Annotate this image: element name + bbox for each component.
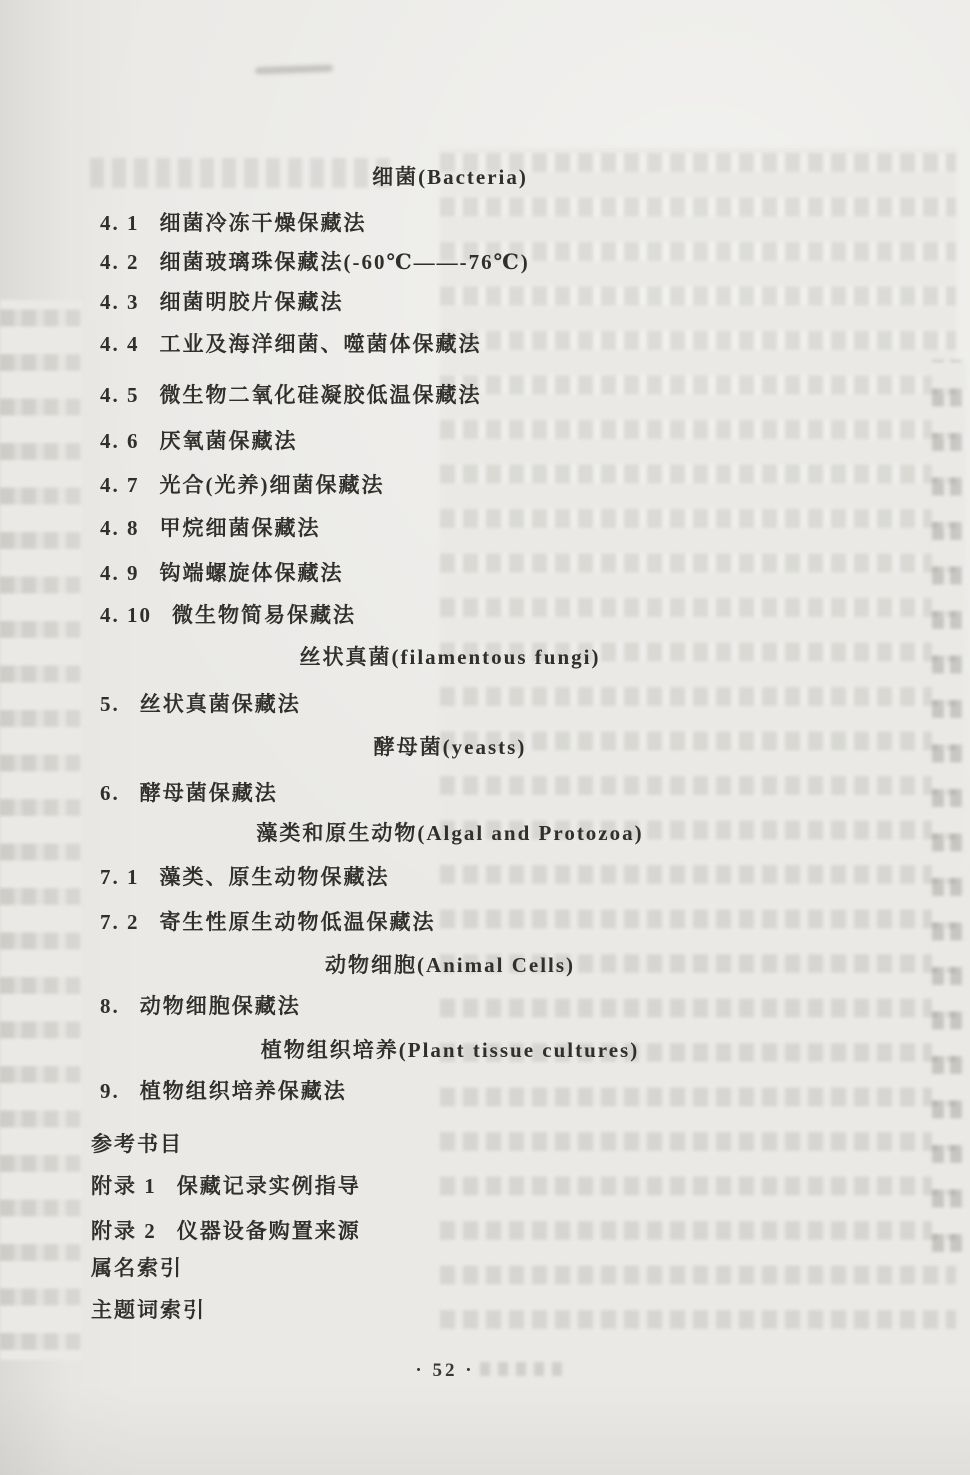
toc-item-4-4: 4. 4工业及海洋细菌、噬菌体保藏法 — [100, 331, 482, 357]
section-heading-plant-tissue: 植物组织培养(Plant tissue cultures) — [0, 1037, 900, 1063]
section-heading-bacteria: 细菌(Bacteria) — [0, 164, 900, 190]
item-label: 仪器设备购置来源 — [177, 1219, 361, 1243]
toc-item-references: 参考书目 — [91, 1131, 183, 1157]
toc-item-4-10: 4. 10微生物简易保藏法 — [100, 602, 356, 628]
toc-item-4-3: 4. 3细菌明胶片保藏法 — [100, 289, 344, 315]
item-number: 4. 5 — [100, 382, 140, 408]
toc-item-7-1: 7. 1藻类、原生动物保藏法 — [100, 864, 390, 890]
item-label: 寄生性原生动物低温保藏法 — [160, 910, 436, 934]
section-heading-algae-protozoa: 藻类和原生动物(Algal and Protozoa) — [0, 820, 900, 846]
toc-item-4-9: 4. 9钩端螺旋体保藏法 — [100, 560, 344, 586]
item-number: 7. 1 — [100, 864, 140, 890]
item-number: 5. — [100, 691, 120, 717]
section-heading-animal-cells: 动物细胞(Animal Cells) — [0, 952, 900, 978]
item-label: 植物组织培养保藏法 — [140, 1079, 347, 1103]
item-number: 附录 2 — [91, 1218, 157, 1244]
item-number: 4. 2 — [100, 249, 140, 275]
ink-smudge — [255, 65, 333, 75]
item-label: 动物细胞保藏法 — [140, 994, 301, 1018]
item-label: 细菌明胶片保藏法 — [160, 290, 344, 314]
item-number: 7. 2 — [100, 909, 140, 935]
toc-item-genus-index: 属名索引 — [91, 1255, 183, 1281]
item-label: 厌氧菌保藏法 — [160, 429, 298, 453]
toc-item-4-5: 4. 5微生物二氧化硅凝胶低温保藏法 — [100, 382, 482, 408]
item-label: 甲烷细菌保藏法 — [160, 516, 321, 540]
item-label: 丝状真菌保藏法 — [140, 692, 301, 716]
toc-item-4-7: 4. 7光合(光养)细菌保藏法 — [100, 472, 385, 498]
item-label: 保藏记录实例指导 — [177, 1174, 361, 1198]
item-number: 附录 1 — [91, 1173, 157, 1199]
item-label: 细菌玻璃珠保藏法(-60℃——-76℃) — [160, 250, 530, 274]
item-number: 4. 9 — [100, 560, 140, 586]
section-heading-filamentous-fungi: 丝状真菌(filamentous fungi) — [0, 644, 900, 670]
item-label: 微生物简易保藏法 — [172, 603, 356, 627]
item-number: 4. 1 — [100, 210, 140, 236]
item-number: 4. 3 — [100, 289, 140, 315]
toc-item-8: 8.动物细胞保藏法 — [100, 993, 301, 1019]
toc-item-appendix-1: 附录 1保藏记录实例指导 — [91, 1173, 361, 1199]
toc-item-5: 5.丝状真菌保藏法 — [100, 691, 301, 717]
toc-item-4-8: 4. 8甲烷细菌保藏法 — [100, 515, 321, 541]
page-number: · 52 · — [0, 1360, 890, 1382]
item-label: 光合(光养)细菌保藏法 — [160, 473, 385, 497]
toc-item-subject-index: 主题词索引 — [91, 1297, 206, 1323]
item-number: 6. — [100, 780, 120, 806]
toc-item-4-2: 4. 2细菌玻璃珠保藏法(-60℃——-76℃) — [100, 249, 530, 275]
toc-item-4-6: 4. 6厌氧菌保藏法 — [100, 428, 298, 454]
item-number: 4. 4 — [100, 331, 140, 357]
item-label: 工业及海洋细菌、噬菌体保藏法 — [160, 332, 482, 356]
toc-item-4-1: 4. 1细菌冷冻干燥保藏法 — [100, 210, 367, 236]
item-number: 8. — [100, 993, 120, 1019]
item-label: 细菌冷冻干燥保藏法 — [160, 211, 367, 235]
toc-item-6: 6.酵母菌保藏法 — [100, 780, 278, 806]
item-label: 微生物二氧化硅凝胶低温保藏法 — [160, 383, 482, 407]
item-number: 4. 7 — [100, 472, 140, 498]
toc-item-appendix-2: 附录 2仪器设备购置来源 — [91, 1218, 361, 1244]
toc-item-9: 9.植物组织培养保藏法 — [100, 1078, 347, 1104]
item-number: 4. 6 — [100, 428, 140, 454]
bleedthrough-texture — [932, 360, 966, 1260]
item-label: 藻类、原生动物保藏法 — [160, 865, 390, 889]
section-heading-yeasts: 酵母菌(yeasts) — [0, 734, 900, 760]
item-label: 酵母菌保藏法 — [140, 781, 278, 805]
toc-item-7-2: 7. 2寄生性原生动物低温保藏法 — [100, 909, 436, 935]
item-number: 4. 8 — [100, 515, 140, 541]
item-number: 4. 10 — [100, 602, 152, 628]
scanned-page: 细菌(Bacteria) 4. 1细菌冷冻干燥保藏法 4. 2细菌玻璃珠保藏法(… — [0, 0, 970, 1475]
item-number: 9. — [100, 1078, 120, 1104]
item-label: 钩端螺旋体保藏法 — [160, 561, 344, 585]
